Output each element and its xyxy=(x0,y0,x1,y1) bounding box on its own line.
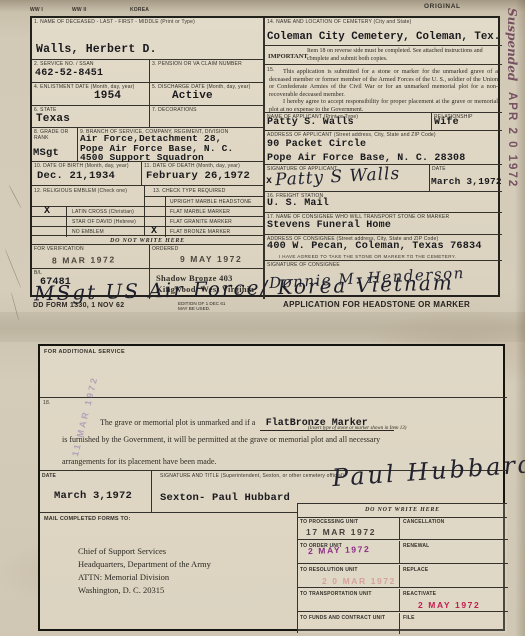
mail-to-address: Chief of Support Services Headquarters, … xyxy=(78,545,211,597)
important-text: Item 18 on reverse side must be complete… xyxy=(307,48,499,63)
signature-x-mark: x xyxy=(266,177,272,187)
edition-note: EDITION OF 1 DEC 61 MAY BE USED. xyxy=(178,301,225,312)
item-18-text: The grave or memorial plot is unmarked a… xyxy=(100,418,255,427)
field-value: March 3,1972 xyxy=(431,176,502,188)
field-applicant-address: ADDRESS OF APPLICANT (Street address, Ci… xyxy=(264,131,502,165)
routing-cell-left: TO RESOLUTION UNIT 2 0 MAR 1972 xyxy=(298,565,400,588)
field-applicant-signature: SIGNATURE OF APPLICANT x Patty S Walls xyxy=(264,165,430,192)
type-option-row: FLAT GRANITE MARKER xyxy=(145,216,264,226)
field-label: 1. NAME OF DECEASED - LAST - FIRST - MID… xyxy=(34,19,261,25)
additional-service-header: FOR ADDITIONAL SERVICE xyxy=(40,346,503,355)
field-value: 462-52-8451 xyxy=(35,68,103,80)
routing-cell-left: TO FUNDS AND CONTRACT UNIT xyxy=(298,613,400,634)
routing-row: TO PROCESSING UNIT 17 MAR 1972 CANCELLAT… xyxy=(298,517,508,540)
field-value: Texas xyxy=(36,113,70,125)
routing-table: DO NOT WRITE HERE TO PROCESSING UNIT 17 … xyxy=(297,503,507,633)
field-date-of-death: 11. DATE OF DEATH (Month, day, year) Feb… xyxy=(142,162,264,186)
field-label: 12. RELIGIOUS EMBLEM (Check one) xyxy=(32,186,144,206)
field-label: FOR VERIFICATION xyxy=(34,246,147,252)
routing-row: TO ORDER UNIT 2 MAY 1972 RENEWAL xyxy=(298,541,508,564)
routing-cell-left: TO TRANSPORTATION UNIT xyxy=(298,589,400,612)
field-date-of-birth: 10. DATE OF BIRTH (Month, day, year) Dec… xyxy=(32,162,142,186)
scan-shadow-mid xyxy=(0,312,525,342)
field-label: 10. DATE OF BIRTH (Month, day, year) xyxy=(34,163,139,169)
option-label: UPRIGHT MARBLE HEADSTONE xyxy=(170,199,252,205)
routing-label: RENEWAL xyxy=(403,543,429,549)
ordered-date-stamp: 9 MAY 1972 xyxy=(180,254,242,264)
field-value: 90 Packet Circle Pope Air Force Base, N.… xyxy=(267,138,465,166)
field-label: 4. ENLISTMENT DATE (Month, day, year) xyxy=(34,84,147,90)
field-check-type-required: 13. CHECK TYPE REQUIRED UPRIGHT MARBLE H… xyxy=(145,186,264,236)
field-name-of-deceased: 1. NAME OF DECEASED - LAST - FIRST - MID… xyxy=(32,18,264,60)
field-label: B/L xyxy=(34,270,147,276)
date-stamp-purple: 2 MAY 1972 xyxy=(308,544,371,556)
field-cemetery: 14. NAME AND LOCATION OF CEMETERY (City … xyxy=(264,18,502,46)
field-signature-date: DATE March 3,1972 xyxy=(430,165,502,192)
date-stamp-faint: 2 0 MAR 1972 xyxy=(322,576,396,586)
field-ordered: ORDERED 9 MAY 1972 xyxy=(150,245,264,269)
routing-label: TO PROCESSING UNIT xyxy=(300,519,358,525)
item-15-certification: 15. This application is submitted for a … xyxy=(264,65,502,113)
field-branch-of-service: 9. BRANCH OF SERVICE, COMPANY, REGIMENT,… xyxy=(78,128,264,162)
dd-form-1330: 1. NAME OF DECEASED - LAST - FIRST - MID… xyxy=(30,16,500,297)
type-option-row: X FLAT BRONZE MARKER xyxy=(145,226,264,236)
field-label: 13. CHECK TYPE REQUIRED xyxy=(145,186,263,196)
scanned-document-page: WW I WW II KOREA ORIGINAL Suspended APR … xyxy=(0,0,525,636)
field-consignee-name: 17. NAME OF CONSIGNEE WHO WILL TRANSPORT… xyxy=(264,213,502,235)
field-value: February 26,1972 xyxy=(146,170,250,182)
scan-shadow-right xyxy=(515,0,525,636)
routing-label: REACTIVATE xyxy=(403,591,436,597)
field-value: Stevens Funeral Home xyxy=(267,220,391,232)
verification-date-stamp: 8 MAR 1972 xyxy=(52,254,116,265)
field-pension-no: 3. PENSION OR VA CLAIM NUMBER xyxy=(150,60,264,83)
field-state: 6. STATE Texas xyxy=(32,106,150,128)
field-decorations: 7. DECORATIONS xyxy=(150,106,264,128)
field-label: 7. DECORATIONS xyxy=(152,107,261,113)
field-discharge-date: 5. DISCHARGE DATE (Month, day, year) Act… xyxy=(150,83,264,106)
field-grade-rank: 8. GRADE OR RANK MSgt xyxy=(32,128,78,162)
type-option-row: UPRIGHT MARBLE HEADSTONE xyxy=(145,196,264,206)
field-label: 3. PENSION OR VA CLAIM NUMBER xyxy=(152,61,261,67)
do-not-write-band: DO NOT WRITE HERE xyxy=(32,236,264,245)
form-number: DD FORM 1330, 1 NOV 62 xyxy=(33,302,124,309)
field-applicant-name: NAME OF APPLICANT (Print or Type) Patty … xyxy=(264,113,432,131)
margin-scribble xyxy=(5,249,22,288)
field-label: 11. DATE OF DEATH (Month, day, year) xyxy=(144,163,261,169)
field-enlistment-date: 4. ENLISTMENT DATE (Month, day, year) 19… xyxy=(32,83,150,106)
field-value: U. S. Mail xyxy=(267,198,329,210)
field-value: Air Force,Detachment 28, Pope Air Force … xyxy=(80,134,233,163)
field-cemetery-date: DATE March 3,1972 xyxy=(40,470,152,512)
field-consignee-address: ADDRESS OF CONSIGNEE (Street address, Ci… xyxy=(264,235,502,261)
consignee-agreement-note: I HAVE AGREED TO TAKE THE STONE OR MARKE… xyxy=(279,254,456,260)
scan-shadow-top xyxy=(0,0,525,12)
important-label: IMPORTANT - xyxy=(268,53,311,61)
routing-cell-right: RENEWAL xyxy=(400,541,508,564)
routing-label: FILE xyxy=(403,615,415,621)
field-value: March 3,1972 xyxy=(54,490,132,502)
form-title: APPLICATION FOR HEADSTONE OR MARKER xyxy=(283,300,470,309)
routing-cell-left: TO PROCESSING UNIT 17 MAR 1972 xyxy=(298,517,400,540)
additional-service-form: FOR ADDITIONAL SERVICE 18. The grave or … xyxy=(38,344,505,631)
emblem-option-row: NO EMBLEM xyxy=(32,226,145,236)
routing-cell-right: REPLACE xyxy=(400,565,508,588)
field-value: Patty S. Walls xyxy=(267,117,354,129)
margin-scribble xyxy=(8,185,21,208)
type-option-row: FLAT MARBLE MARKER xyxy=(145,206,264,216)
field-label: DATE xyxy=(432,166,500,172)
field-label: 8. GRADE OR RANK xyxy=(34,129,75,141)
routing-row: TO FUNDS AND CONTRACT UNIT FILE xyxy=(298,613,508,634)
routing-cell-right: REACTIVATE 2 MAY 1972 xyxy=(400,589,508,612)
routing-label: TO TRANSPORTATION UNIT xyxy=(300,591,372,597)
routing-cell-left: TO ORDER UNIT 2 MAY 1972 xyxy=(298,541,400,564)
field-label: ORDERED xyxy=(152,246,261,252)
item-18-line2: is furnished by the Government, it will … xyxy=(62,436,380,444)
routing-label: REPLACE xyxy=(403,567,428,573)
routing-row: TO TRANSPORTATION UNIT REACTIVATE 2 MAY … xyxy=(298,589,508,612)
option-label: LATIN CROSS (Christian) xyxy=(72,209,134,215)
date-stamp-red: 2 MAY 1972 xyxy=(418,600,480,610)
option-label: NO EMBLEM xyxy=(72,229,104,235)
field-value: Dec. 21,1934 xyxy=(37,170,115,182)
sexton-typed-name: Sexton- Paul Hubbard xyxy=(160,492,290,504)
field-label: 14. NAME AND LOCATION OF CEMETERY (City … xyxy=(267,19,500,25)
field-value: Walls, Herbert D. xyxy=(36,44,157,56)
field-value: 400 W. Pecan, Coleman, Texas 76834 xyxy=(267,241,482,253)
item-18-line3: arrangements for its placement have been… xyxy=(62,458,216,466)
field-service-no: 2. SERVICE NO. / SSAN 462-52-8451 xyxy=(32,60,150,83)
option-label: FLAT GRANITE MARKER xyxy=(170,219,232,225)
field-value: MSgt xyxy=(33,147,59,159)
routing-header: DO NOT WRITE HERE xyxy=(298,504,507,518)
field-value: 1954 xyxy=(94,90,121,102)
routing-label: TO FUNDS AND CONTRACT UNIT xyxy=(300,615,385,621)
emblem-option-row: X LATIN CROSS (Christian) xyxy=(32,206,145,216)
field-value: Active xyxy=(172,90,213,102)
item-15-number: 15. xyxy=(267,67,275,73)
item-15-text2: I hereby agree to accept responsibility … xyxy=(269,98,498,113)
item-18-number: 18. xyxy=(43,400,51,406)
routing-row: TO RESOLUTION UNIT 2 0 MAR 1972 REPLACE xyxy=(298,565,508,588)
field-label: DATE xyxy=(40,471,151,481)
field-religious-emblem: 12. RELIGIOUS EMBLEM (Check one) X LATIN… xyxy=(32,186,145,236)
mail-to-section: MAIL COMPLETED FORMS TO: Chief of Suppor… xyxy=(40,512,297,633)
routing-cell-right: CANCELLATION xyxy=(400,517,508,540)
item-15-text1: This application is submitted for a ston… xyxy=(269,68,498,98)
field-value: Coleman City Cemetery, Coleman, Tex. xyxy=(267,31,500,43)
field-for-verification: FOR VERIFICATION 8 MAR 1972 xyxy=(32,245,150,269)
emblem-option-row: STAR OF DAVID (Hebrew) xyxy=(32,216,145,226)
option-label: FLAT BRONZE MARKER xyxy=(170,229,230,235)
date-stamp: 17 MAR 1972 xyxy=(306,527,376,537)
field-label: 2. SERVICE NO. / SSAN xyxy=(34,61,147,67)
field-value: Wife xyxy=(434,117,459,129)
important-note: IMPORTANT - Item 18 on reverse side must… xyxy=(264,46,502,65)
option-label: STAR OF DAVID (Hebrew) xyxy=(72,219,136,225)
insert-type-note: (Insert type of stone or marker shown in… xyxy=(308,425,406,433)
routing-cell-right: FILE xyxy=(400,613,508,634)
option-label: FLAT MARBLE MARKER xyxy=(170,209,230,215)
routing-label: TO RESOLUTION UNIT xyxy=(300,567,358,573)
routing-label: CANCELLATION xyxy=(403,519,444,525)
field-relationship: RELATIONSHIP Wife xyxy=(432,113,502,131)
mail-to-label: MAIL COMPLETED FORMS TO: xyxy=(40,513,297,522)
field-freight-station: 16. FREIGHT STATION U. S. Mail xyxy=(264,192,502,213)
